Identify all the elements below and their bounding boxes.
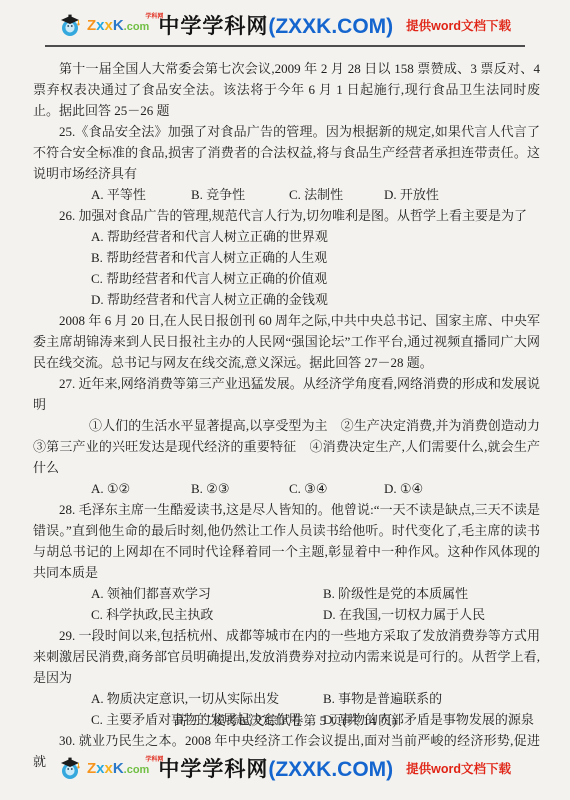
q27-option-c: C. ③④ (289, 478, 384, 499)
logo-sub-text: 学科网 (145, 757, 163, 763)
logo-letter-x2: x (104, 17, 112, 34)
logo-letter-com: .com (124, 764, 150, 776)
q29-option-a: A. 物质决定意识,一切从实际出发 (91, 688, 323, 709)
logo-letter-k: K (113, 760, 124, 777)
q25-option-d: D. 开放性 (384, 184, 540, 205)
q26-option-c: C. 帮助经营者和代言人树立正确的价值观 (91, 268, 540, 289)
site-name-footer: 中学学科网 (158, 758, 268, 781)
site-domain-footer: (ZXXK.COM) (268, 758, 393, 781)
q26-option-d: D. 帮助经营者和代言人树立正确的金钱观 (91, 289, 540, 310)
q28-option-b: B. 阶级性是党的本质属性 (323, 583, 540, 604)
q25-option-c: C. 法制性 (289, 184, 384, 205)
zxxk-mascot-icon (59, 13, 85, 37)
intro-paragraph-25-26: 第十一届全国人大常委会第七次会议,2009 年 2 月 28 日以 158 票赞… (33, 58, 540, 121)
question-29-stem: 29. 一段时间以来,包括杭州、成都等城市在内的一些地方采取了发放消费券等方式用… (33, 625, 540, 688)
exam-page-content: 第十一届全国人大常委会第七次会议,2009 年 2 月 28 日以 158 票赞… (0, 47, 570, 772)
question-25-options: A. 平等性 B. 竞争性 C. 法制性 D. 开放性 (33, 184, 540, 205)
site-name: 中学学科网 (158, 15, 268, 38)
word-download-tagline-footer: 提供word文档下载 (406, 759, 511, 777)
q27-option-b: B. ②③ (191, 478, 289, 499)
zxxk-logo-footer: ZxxK.com学科网 (59, 756, 149, 780)
question-28-options-row1: A. 领袖们都喜欢学习 B. 阶级性是党的本质属性 (33, 583, 540, 604)
q25-option-a: A. 平等性 (91, 184, 191, 205)
q28-option-d: D. 在我国,一切权力属于人民 (323, 604, 540, 625)
footer-banner-wrap: ZxxK.com学科网 中学学科网(ZXXK.COM) 提供word文档下载 (0, 743, 570, 784)
question-28-options-row2: C. 科学执政,民主执政 D. 在我国,一切权力属于人民 (33, 604, 540, 625)
q26-option-b: B. 帮助经营者和代言人树立正确的人生观 (91, 247, 540, 268)
q27-option-d: D. ①④ (384, 478, 540, 499)
zxxk-logo: ZxxK.com学科网 (59, 13, 149, 37)
logo-letter-z: Z (87, 760, 96, 777)
zxxk-logo-text: ZxxK.com学科网 (87, 18, 149, 33)
q27-option-a: A. ①② (91, 478, 191, 499)
zxxk-mascot-icon (59, 756, 85, 780)
question-25-stem: 25.《食品安全法》加强了对食品广告的管理。因为根据新的规定,如果代言人代言了不… (33, 121, 540, 184)
logo-letter-k: K (113, 17, 124, 34)
page-number-label: 高三二模考试文综试卷第 5 页(共 14 页) (0, 710, 570, 729)
intro-paragraph-27-28: 2008 年 6 月 20 日,在人民日报创刊 60 周年之际,中共中央总书记、… (33, 310, 540, 373)
site-domain: (ZXXK.COM) (268, 15, 393, 38)
q26-option-a: A. 帮助经营者和代言人树立正确的世界观 (91, 226, 540, 247)
word-download-tagline: 提供word文档下载 (406, 16, 511, 34)
footer-banner: ZxxK.com学科网 中学学科网(ZXXK.COM) 提供word文档下载 (0, 743, 570, 784)
q28-option-c: C. 科学执政,民主执政 (91, 604, 323, 625)
logo-letter-z: Z (87, 17, 96, 34)
header-banner: ZxxK.com学科网 中学学科网(ZXXK.COM) 提供word文档下载 (0, 0, 570, 41)
question-27-options: A. ①② B. ②③ C. ③④ D. ①④ (33, 478, 540, 499)
question-26-stem: 26. 加强对食品广告的管理,规范代言人行为,切勿唯利是图。从哲学上看主要是为了 (33, 205, 540, 226)
question-28-stem: 28. 毛泽东主席一生酷爱读书,这是尽人皆知的。他曾说:“一天不读是缺点,三天不… (33, 499, 540, 583)
question-29-options-row1: A. 物质决定意识,一切从实际出发 B. 事物是普遍联系的 (33, 688, 540, 709)
question-27-stem: 27. 近年来,网络消费等第三产业迅猛发展。从经济学角度看,网络消费的形成和发展… (33, 373, 540, 415)
q29-option-b: B. 事物是普遍联系的 (323, 688, 540, 709)
q28-option-a: A. 领袖们都喜欢学习 (91, 583, 323, 604)
zxxk-logo-text-footer: ZxxK.com学科网 (87, 761, 149, 776)
question-27-items: ①人们的生活水平显著提高,以享受型为主 ②生产决定消费,并为消费创造动力 ③第三… (33, 415, 540, 478)
q25-option-b: B. 竞争性 (191, 184, 289, 205)
logo-sub-text: 学科网 (145, 14, 163, 20)
logo-letter-com: .com (124, 21, 150, 33)
logo-letter-x2: x (104, 760, 112, 777)
